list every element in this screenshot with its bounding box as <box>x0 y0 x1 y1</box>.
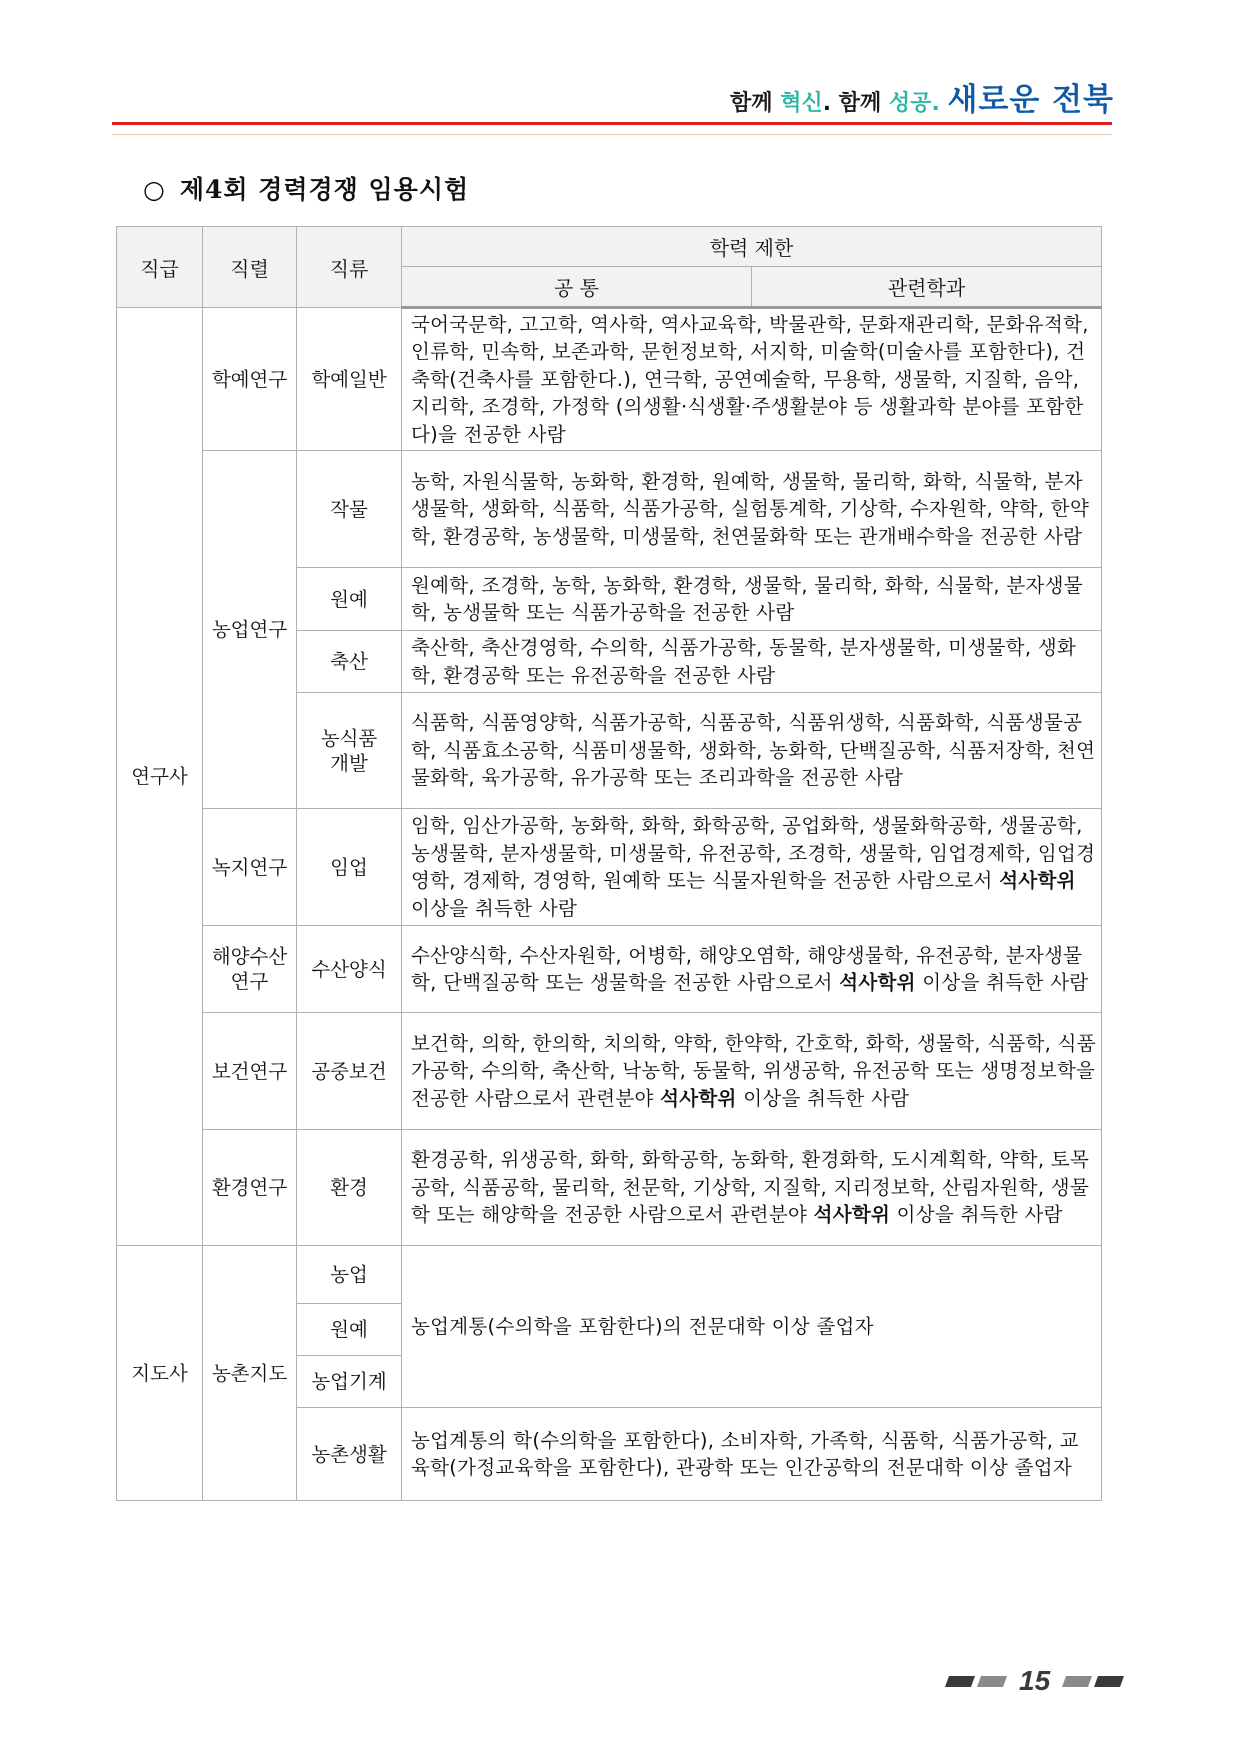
series-line: 해양수산 <box>212 945 287 968</box>
series-cell: 농촌지도 <box>203 1246 297 1501</box>
requirement-text: 임학, 임산가공학, 농화학, 화학, 화학공학, 공업화학, 생물화학공학, … <box>411 814 1095 892</box>
requirement-text: 이상을 취득한 사람 <box>737 1087 910 1110</box>
requirement-cell: 식품학, 식품영양학, 식품가공학, 식품공학, 식품위생학, 식품화학, 식품… <box>402 693 1102 809</box>
class-cell: 원예 <box>297 1304 402 1356</box>
table-row: 지도사 농촌지도 농업 농업계통(수의학을 포함한다)의 전문대학 이상 졸업자 <box>117 1246 1102 1304</box>
slogan-part: 성공 <box>889 91 932 116</box>
class-cell: 임업 <box>297 809 402 926</box>
table-row: 환경연구 환경 환경공학, 위생공학, 화학, 화학공학, 농화학, 환경화학,… <box>117 1130 1102 1246</box>
slogan-part: 함께 <box>730 91 780 116</box>
degree-emphasis: 석사학위 <box>999 869 1076 892</box>
page-number: 15 <box>947 1665 1122 1697</box>
class-cell: 작물 <box>297 451 402 568</box>
class-cell: 공중보건 <box>297 1013 402 1130</box>
header-series: 직렬 <box>203 227 297 308</box>
series-cell: 해양수산연구 <box>203 926 297 1013</box>
class-cell: 농촌생활 <box>297 1408 402 1501</box>
page-number-text: 15 <box>1019 1665 1050 1697</box>
class-cell: 농업 <box>297 1246 402 1304</box>
table-row: 연구사 학예연구 학예일반 국어국문학, 고고학, 역사학, 역사교육학, 박물… <box>117 308 1102 451</box>
requirement-cell: 원예학, 조경학, 농학, 농화학, 환경학, 생물학, 물리학, 화학, 식물… <box>402 568 1102 631</box>
class-line: 농식품 <box>321 727 378 750</box>
section-title: ○제4회 경력경쟁 임용시험 <box>143 170 469 206</box>
requirement-cell: 수산양식학, 수산자원학, 어병학, 해양오염학, 해양생물학, 유전공학, 분… <box>402 926 1102 1013</box>
series-line: 연구 <box>231 970 269 993</box>
requirement-text: 이상을 취득한 사람 <box>890 1203 1063 1226</box>
circle-bullet-icon: ○ <box>143 175 166 204</box>
header-slogan: 함께 혁신. 함께 성공. 새로운 전북 <box>730 74 1114 119</box>
class-cell: 환경 <box>297 1130 402 1246</box>
requirement-cell: 축산학, 축산경영학, 수의학, 식품가공학, 동물학, 분자생물학, 미생물학… <box>402 631 1102 693</box>
header-common: 공 통 <box>402 267 752 308</box>
requirement-text: 이상을 취득한 사람 <box>916 971 1089 994</box>
requirement-cell: 농업계통의 학(수의학을 포함한다), 소비자학, 가족학, 식품학, 식품가공… <box>402 1408 1102 1501</box>
decorative-bar-icon <box>977 1676 1007 1687</box>
decorative-bar-icon <box>945 1676 975 1687</box>
class-cell: 농업기계 <box>297 1356 402 1408</box>
decorative-bar-icon <box>1094 1676 1124 1687</box>
degree-emphasis: 석사학위 <box>839 971 916 994</box>
header-education: 학력 제한 <box>402 227 1102 267</box>
grade-cell: 지도사 <box>117 1246 203 1501</box>
table-row: 해양수산연구 수산양식 수산양식학, 수산자원학, 어병학, 해양오염학, 해양… <box>117 926 1102 1013</box>
requirement-cell: 보건학, 의학, 한의학, 치의학, 약학, 한약학, 간호학, 화학, 생물학… <box>402 1013 1102 1130</box>
slogan-part: 혁신 <box>780 91 823 116</box>
header-related: 관련학과 <box>752 267 1102 308</box>
degree-emphasis: 석사학위 <box>814 1203 891 1226</box>
section-title-text: 제4회 경력경쟁 임용시험 <box>180 175 469 204</box>
header-divider-red <box>112 122 1112 125</box>
slogan-part: . 함께 <box>823 91 889 116</box>
decorative-bar-icon <box>1062 1676 1092 1687</box>
requirement-cell: 임학, 임산가공학, 농화학, 화학, 화학공학, 공업화학, 생물화학공학, … <box>402 809 1102 926</box>
grade-cell: 연구사 <box>117 308 203 1246</box>
requirement-cell: 국어국문학, 고고학, 역사학, 역사교육학, 박물관학, 문화재관리학, 문화… <box>402 308 1102 451</box>
class-cell: 학예일반 <box>297 308 402 451</box>
class-cell: 농식품개발 <box>297 693 402 809</box>
requirement-text: 이상을 취득한 사람 <box>411 897 577 920</box>
education-requirements-table: 직급 직렬 직류 학력 제한 공 통 관련학과 연구사 학예연구 학예일반 국어… <box>116 226 1102 1501</box>
header-grade: 직급 <box>117 227 203 308</box>
class-cell: 축산 <box>297 631 402 693</box>
class-line: 개발 <box>330 752 368 775</box>
series-cell: 보건연구 <box>203 1013 297 1130</box>
series-cell: 환경연구 <box>203 1130 297 1246</box>
class-cell: 원예 <box>297 568 402 631</box>
slogan-part: . <box>931 91 947 116</box>
table-row: 녹지연구 임업 임학, 임산가공학, 농화학, 화학, 화학공학, 공업화학, … <box>117 809 1102 926</box>
requirement-cell: 환경공학, 위생공학, 화학, 화학공학, 농화학, 환경화학, 도시계획학, … <box>402 1130 1102 1246</box>
degree-emphasis: 석사학위 <box>660 1087 737 1110</box>
slogan-brand: 새로운 전북 <box>947 82 1114 118</box>
table-header-row: 직급 직렬 직류 학력 제한 <box>117 227 1102 267</box>
header-class: 직류 <box>297 227 402 308</box>
series-cell: 학예연구 <box>203 308 297 451</box>
series-cell: 녹지연구 <box>203 809 297 926</box>
requirement-cell: 농업계통(수의학을 포함한다)의 전문대학 이상 졸업자 <box>402 1246 1102 1408</box>
series-cell: 농업연구 <box>203 451 297 809</box>
header-divider-tan <box>112 134 1112 135</box>
table-row: 보건연구 공중보건 보건학, 의학, 한의학, 치의학, 약학, 한약학, 간호… <box>117 1013 1102 1130</box>
requirement-cell: 농학, 자원식물학, 농화학, 환경학, 원예학, 생물학, 물리학, 화학, … <box>402 451 1102 568</box>
table-row: 농업연구 작물 농학, 자원식물학, 농화학, 환경학, 원예학, 생물학, 물… <box>117 451 1102 568</box>
class-cell: 수산양식 <box>297 926 402 1013</box>
